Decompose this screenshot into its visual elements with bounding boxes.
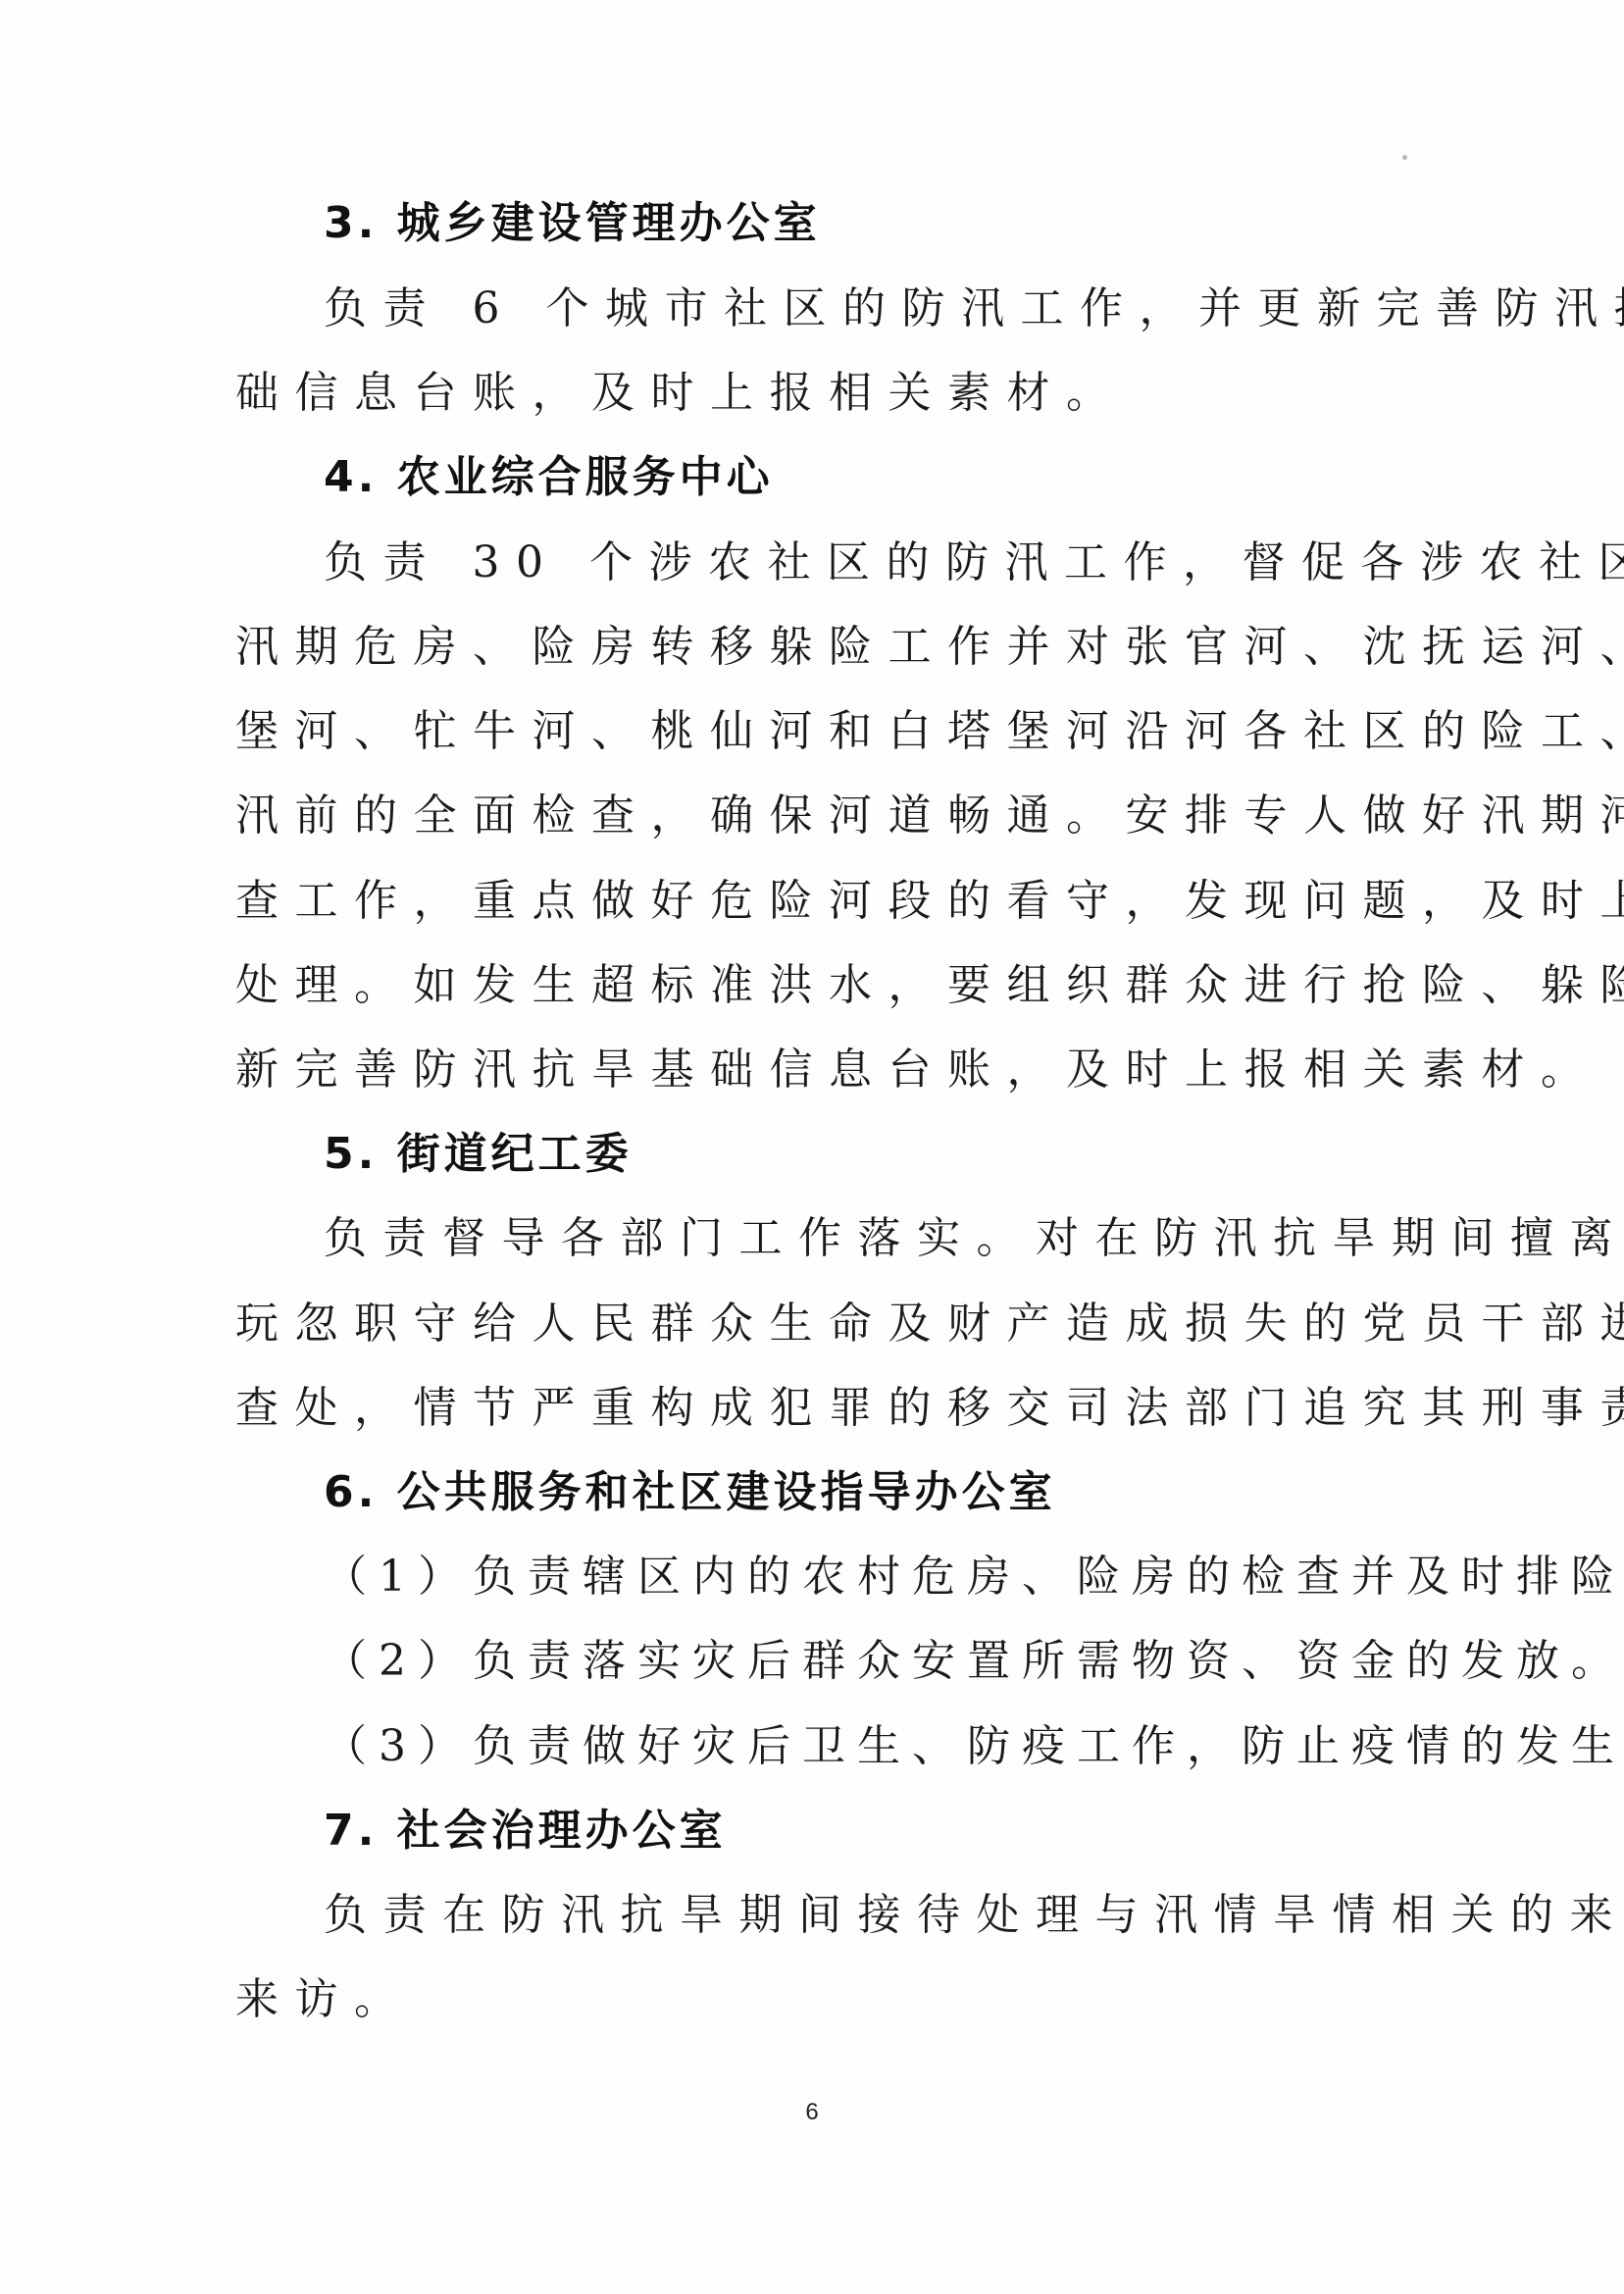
paragraph-line: 础信息台账，及时上报相关素材。 xyxy=(235,351,1383,435)
scan-speck xyxy=(1402,155,1407,160)
paragraph-line: 负责督导各部门工作落实。对在防汛抗旱期间擅离岗位、 xyxy=(324,1197,1383,1281)
section-heading-4: 4. 农业综合服务中心 xyxy=(324,435,774,520)
paragraph-line: 负责 6 个城市社区的防汛工作，并更新完善防汛抗旱基 xyxy=(324,267,1383,351)
paragraph-line: 查处，情节严重构成犯罪的移交司法部门追究其刑事责任。 xyxy=(235,1366,1383,1451)
list-item: （1）负责辖区内的农村危房、险房的检查并及时排险。 xyxy=(324,1535,1624,1619)
list-item: （3）负责做好灾后卫生、防疫工作，防止疫情的发生。 xyxy=(324,1705,1624,1789)
paragraph-line: 来访。 xyxy=(235,1958,1383,2042)
paragraph-line: 玩忽职守给人民群众生命及财产造成损失的党员干部进行 xyxy=(235,1282,1383,1366)
paragraph-line: 处理。如发生超标准洪水，要组织群众进行抢险、躲险。更 xyxy=(235,943,1383,1028)
section-heading-3: 3. 城乡建设管理办公室 xyxy=(324,181,821,266)
paragraph-line: 查工作，重点做好危险河段的看守，发现问题，及时上报并 xyxy=(235,859,1383,943)
page-number: 6 xyxy=(0,2099,1624,2126)
section-heading-7: 7. 社会治理办公室 xyxy=(324,1789,727,1873)
section-heading-6: 6. 公共服务和社区建设指导办公室 xyxy=(324,1451,1056,1535)
paragraph-line: 新完善防汛抗旱基础信息台账，及时上报相关素材。 xyxy=(235,1028,1383,1112)
paragraph-line: 堡河、牤牛河、桃仙河和白塔堡河沿河各社区的险工、险段 xyxy=(235,689,1383,774)
paragraph-line: 负责 30 个涉农社区的防汛工作，督促各涉农社区做好 xyxy=(324,521,1383,605)
document-page: 3. 城乡建设管理办公室 负责 6 个城市社区的防汛工作，并更新完善防汛抗旱基 … xyxy=(0,0,1624,2294)
list-item: （2）负责落实灾后群众安置所需物资、资金的发放。 xyxy=(324,1619,1624,1704)
paragraph-line: 汛前的全面检查，确保河道畅通。安排专人做好汛期河道巡 xyxy=(235,774,1383,858)
paragraph-line: 负责在防汛抗旱期间接待处理与汛情旱情相关的来信 xyxy=(324,1873,1383,1958)
paragraph-line: 汛期危房、险房转移躲险工作并对张官河、沈抚运河、白塔 xyxy=(235,605,1383,689)
section-heading-5: 5. 街道纪工委 xyxy=(324,1112,633,1197)
